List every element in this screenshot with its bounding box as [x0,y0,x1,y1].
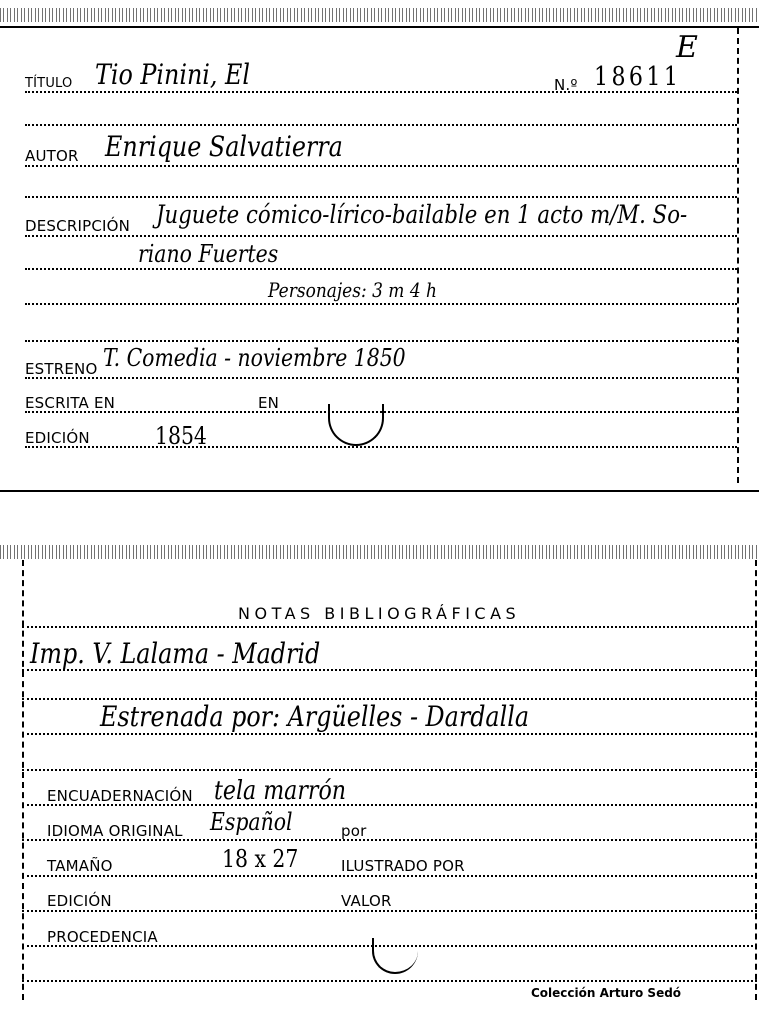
catalog-card-front: E TÍTULO Tio Pinini, El N.º 18611 AUTOR … [0,0,759,490]
rule-tamano [22,875,757,877]
corner-mark: E [676,30,698,65]
rule-notes-1 [22,626,757,628]
value-descripcion-line1: Juguete cómico-lírico-bailable en 1 acto… [156,200,687,229]
collection-credit: Colección Arturo Sedó [531,986,681,1000]
rule-notes-4 [22,733,757,735]
label-edicion: EDICIÓN [25,429,90,447]
label-escrita-en: ESCRITA EN [25,394,115,412]
label-valor: VALOR [341,892,392,910]
rule-edicion [25,446,737,448]
value-titulo: Tio Pinini, El [95,58,250,91]
value-autor: Enrique Salvatierra [105,130,343,163]
label-titulo: TÍTULO [25,76,72,91]
label-edicion-back: EDICIÓN [47,892,112,910]
rule-autor-top [25,124,737,126]
label-estreno: ESTRENO [25,360,98,378]
label-tamano: TAMAÑO [47,857,113,875]
label-descripcion: DESCRIPCIÓN [25,217,130,235]
notes-heading: NOTAS BIBLIOGRÁFICAS [238,604,520,623]
card-separator [0,490,759,492]
rule-descripcion [25,235,737,237]
rule-estreno-top [25,340,737,342]
ink-stamp-mark-back [372,938,418,974]
catalog-card-back: NOTAS BIBLIOGRÁFICAS Imp. V. Lalama - Ma… [0,540,759,1028]
rule-estreno [25,377,737,379]
note-line-1: Imp. V. Lalama - Madrid [30,637,320,670]
label-en: EN [258,394,279,412]
rule-desc-2 [25,268,737,270]
label-autor: AUTOR [25,147,79,165]
rule-bottom [22,980,757,982]
rule-notes-5 [22,769,757,771]
label-numero: N.º [554,76,578,94]
card-right-border [737,28,739,483]
value-estreno: T. Comedia - noviembre 1850 [103,344,406,372]
label-por: por [341,822,366,840]
label-procedencia: PROCEDENCIA [47,928,158,946]
label-idioma-original: IDIOMA ORIGINAL [47,822,183,840]
note-line-2: Estrenada por: Argüelles - Dardalla [100,700,529,733]
value-descripcion-line2: riano Fuertes [138,240,278,268]
value-idioma-original: Español [210,808,293,836]
rule-desc-3 [25,303,737,305]
label-encuadernacion: ENCUADERNACIÓN [47,787,193,805]
rule-edicion-back [22,910,757,912]
value-tamano: 18 x 27 [222,845,298,873]
ink-stamp-mark [328,404,384,446]
value-numero: 18611 [594,62,681,92]
value-descripcion-line3: Personajes: 3 m 4 h [268,278,437,302]
rule-autor [25,165,737,167]
card-top-edge [0,26,759,28]
scan-noise-top [0,8,759,22]
value-edicion: 1854 [155,422,207,450]
scan-noise-bottom [0,545,759,559]
value-encuadernacion: tela marrón [214,776,346,806]
label-ilustrado-por: ILUSTRADO POR [341,857,465,875]
rule-desc-top [25,196,737,198]
